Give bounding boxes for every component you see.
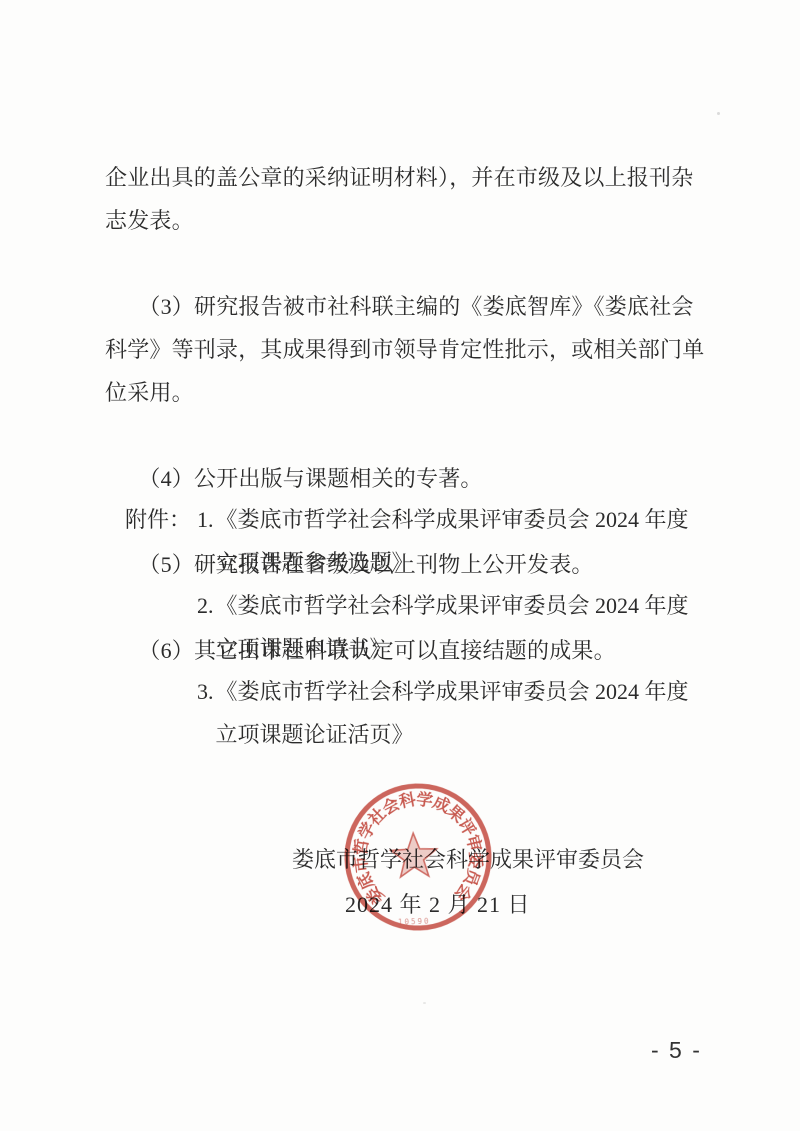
attachment-item: 1. 《娄底市哲学社会科学成果评审委员会 2024 年度 立项课题参考选题》	[197, 498, 725, 584]
svg-text:审: 审	[463, 833, 487, 854]
body-paragraph: （4）公开出版与课题相关的专著。	[105, 457, 707, 500]
attachment-number: 3.	[197, 670, 216, 713]
body-paragraph: 企业出具的盖公章的采纳证明材料），并在市级及以上报刊杂 志发表。	[105, 156, 707, 242]
attachment-title: 《娄底市哲学社会科学成果评审委员会 2024 年度 立项课题论证活页》	[216, 670, 725, 756]
attachment-number: 2.	[197, 584, 216, 627]
seal-star-icon	[390, 832, 437, 877]
official-seal: 娄底市哲学社会科学成果评审委员会 10590	[335, 774, 500, 939]
body-paragraph: （3）研究报告被市社科联主编的《娄底智库》《娄底社会 科学》等刊录，其成果得到市…	[105, 285, 707, 414]
scan-speck	[423, 1002, 426, 1004]
document-page: 企业出具的盖公章的采纳证明材料），并在市级及以上报刊杂 志发表。 （3）研究报告…	[0, 0, 800, 1131]
attachment-list: 1. 《娄底市哲学社会科学成果评审委员会 2024 年度 立项课题参考选题》 2…	[197, 498, 725, 756]
attachment-number: 1.	[197, 498, 216, 541]
attachment-title: 《娄底市哲学社会科学成果评审委员会 2024 年度 立项课题申请书》	[216, 584, 725, 670]
attachment-label: 附件：	[125, 498, 197, 541]
attachment-item: 3. 《娄底市哲学社会科学成果评审委员会 2024 年度 立项课题论证活页》	[197, 670, 725, 756]
scan-speck	[717, 112, 720, 115]
attachment-title: 《娄底市哲学社会科学成果评审委员会 2024 年度 立项课题参考选题》	[216, 498, 725, 584]
seal-graphic: 娄底市哲学社会科学成果评审委员会 10590	[335, 774, 500, 939]
attachment-item: 2. 《娄底市哲学社会科学成果评审委员会 2024 年度 立项课题申请书》	[197, 584, 725, 670]
attachment-block: 附件： 1. 《娄底市哲学社会科学成果评审委员会 2024 年度 立项课题参考选…	[125, 498, 725, 756]
page-number: - 5 -	[651, 1036, 702, 1064]
seal-code: 10590	[398, 917, 431, 927]
